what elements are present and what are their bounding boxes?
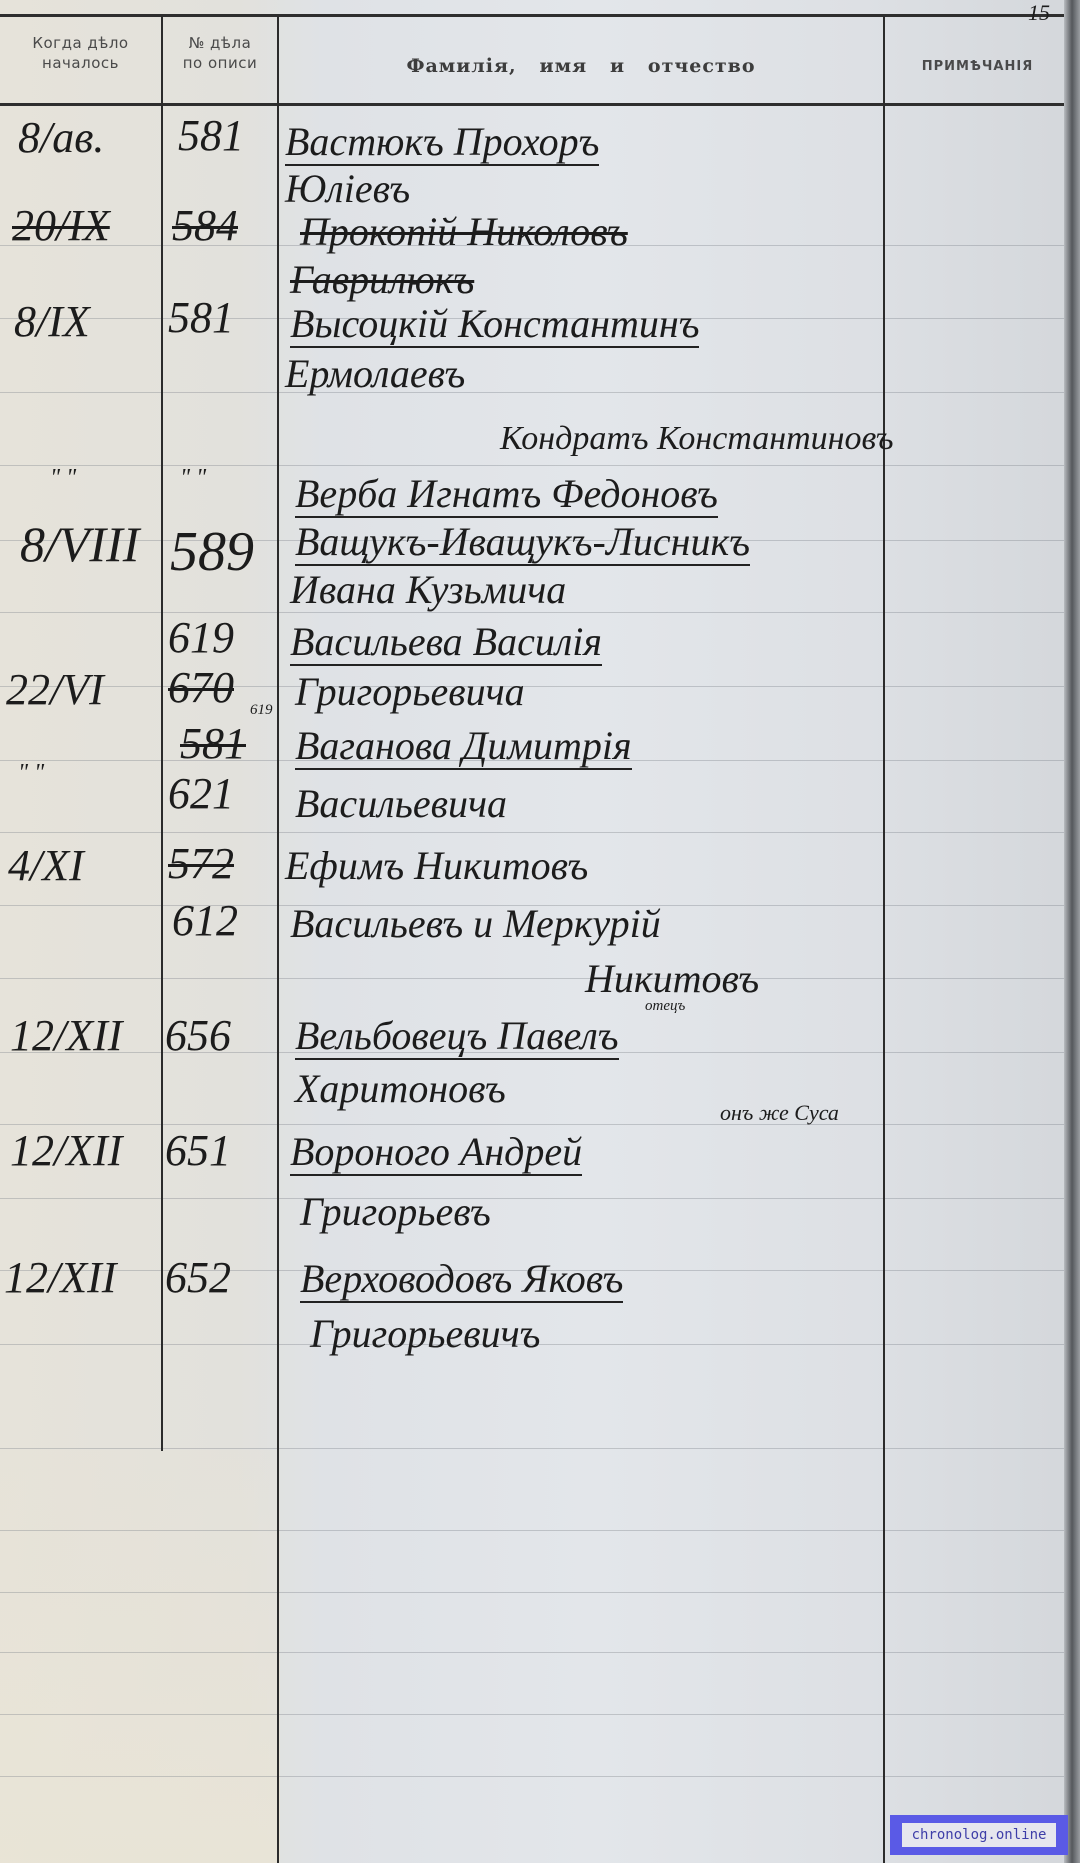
header-date-column: Когда дѣло началось [0, 33, 161, 74]
entry-name-cont: Васильевъ и Меркурій [290, 900, 661, 947]
entry-name-cont: Никитовъ [585, 955, 759, 1002]
entry-case-no: 589 [170, 520, 254, 584]
entry-name: Верба Игнатъ Федоновъ [295, 470, 718, 517]
page-shading [0, 1450, 280, 1863]
ledger-page: 15 Когда дѣло началось № дѣла по описи Ф… [0, 0, 1080, 1863]
entry-name-line: Ваганова Димитрія [295, 723, 632, 770]
entry-ditto-date: " " [18, 760, 44, 787]
column-divider-name [883, 16, 885, 1863]
header-notes-column: ПРИМѢЧАНІЯ [885, 58, 1070, 76]
entry-name-line: Вастюкъ Прохоръ [285, 119, 599, 166]
entry-name-cont: Юліевъ [285, 165, 410, 212]
column-divider-case [277, 16, 279, 1863]
header-case-column: № дѣла по описи [163, 33, 277, 74]
entry-name: Верховодовъ Яковъ [300, 1255, 623, 1302]
header-name-column: Фамилія, имя и отчество [279, 54, 883, 80]
entry-ditto-date: " " [50, 465, 76, 492]
entry-name-cont: Ермолаевъ [285, 350, 465, 397]
entry-case-no: 621 [168, 768, 234, 819]
entry-date: 8/ав. [18, 112, 104, 163]
page-number: 15 [1028, 0, 1050, 26]
entry-name-struck: Прокопій Николовъ [300, 208, 628, 255]
entry-name-cont: Григорьевъ [300, 1188, 491, 1235]
entry-name-line: Вороного Андрей [290, 1129, 582, 1176]
entry-name-cont: Ивана Кузьмича [290, 566, 566, 613]
entry-name-insert: отецъ [645, 998, 685, 1015]
entry-name-insert: Кондратъ Константиновъ [500, 420, 894, 458]
entry-name-line: Верба Игнатъ Федоновъ [295, 471, 718, 518]
entry-name: Ефимъ Никитовъ [285, 842, 588, 889]
entry-name: Вастюкъ Прохоръ [285, 118, 599, 165]
entry-case-no: 656 [165, 1010, 231, 1061]
entry-date: 4/XI [8, 840, 84, 891]
entry-date: 12/XII [10, 1010, 122, 1061]
page-edge [1064, 0, 1080, 1863]
entry-name-cont: Григорьевича [295, 668, 525, 715]
entry-name: Вороного Андрей [290, 1128, 582, 1175]
entry-date-struck: 20/IX [12, 200, 110, 251]
entry-name-line: Васильева Василія [290, 619, 602, 666]
entry-case-no: 652 [165, 1252, 231, 1303]
entry-name: Васильева Василія [290, 618, 602, 665]
header-top-rule [0, 14, 1065, 17]
header-bottom-rule [0, 103, 1065, 106]
header-case-line1: № дѣла [163, 33, 277, 53]
watermark-badge: chronolog.online [890, 1815, 1068, 1855]
entry-name: Высоцкій Константинъ [290, 300, 699, 347]
entry-case-no-struck: 581 [180, 718, 246, 769]
column-divider-date [161, 16, 163, 1451]
entry-name: Ващукъ-Иващукъ-Лисникъ [295, 518, 750, 565]
entry-case-no: 612 [172, 895, 238, 946]
header-case-line2: по описи [163, 53, 277, 73]
entry-case-no-struck: 572 [168, 838, 234, 889]
entry-name-struck-cont: Гаврилюкъ [290, 256, 474, 303]
entry-date: 12/XII [4, 1252, 116, 1303]
entry-case-no: 581 [168, 292, 234, 343]
entry-case-no-struck: 584 [172, 200, 238, 251]
entry-name: Ваганова Димитрія [295, 722, 632, 769]
entry-date: 8/IX [14, 296, 90, 347]
entry-case-no: 619 [168, 612, 234, 663]
entry-name-line: Высоцкій Константинъ [290, 301, 699, 348]
entry-case-no: 651 [165, 1125, 231, 1176]
entry-name-line: Вельбовецъ Павелъ [295, 1013, 619, 1060]
entry-name-cont: Харитоновъ [295, 1065, 506, 1112]
entry-case-no-struck: 670 [168, 662, 234, 713]
entry-name-line: Верховодовъ Яковъ [300, 1256, 623, 1303]
entry-name-cont: Григорьевичъ [310, 1310, 540, 1357]
header-date-line2: началось [0, 53, 161, 73]
entry-case-no-note: 619 [250, 702, 273, 719]
watermark-text: chronolog.online [902, 1823, 1057, 1847]
entry-date: 12/XII [10, 1125, 122, 1176]
entry-case-no: 581 [178, 110, 244, 161]
entry-date: 8/VIII [20, 515, 139, 573]
entry-name: Вельбовецъ Павелъ [295, 1012, 619, 1059]
entry-ditto-case: " " [180, 465, 206, 492]
entry-name-line: Ващукъ-Иващукъ-Лисникъ [295, 519, 750, 566]
entry-date: 22/VI [6, 664, 104, 715]
header-date-line1: Когда дѣло [0, 33, 161, 53]
entry-name-cont: Васильевича [295, 780, 507, 827]
entry-note-alias: онъ же Суса [720, 1100, 839, 1126]
